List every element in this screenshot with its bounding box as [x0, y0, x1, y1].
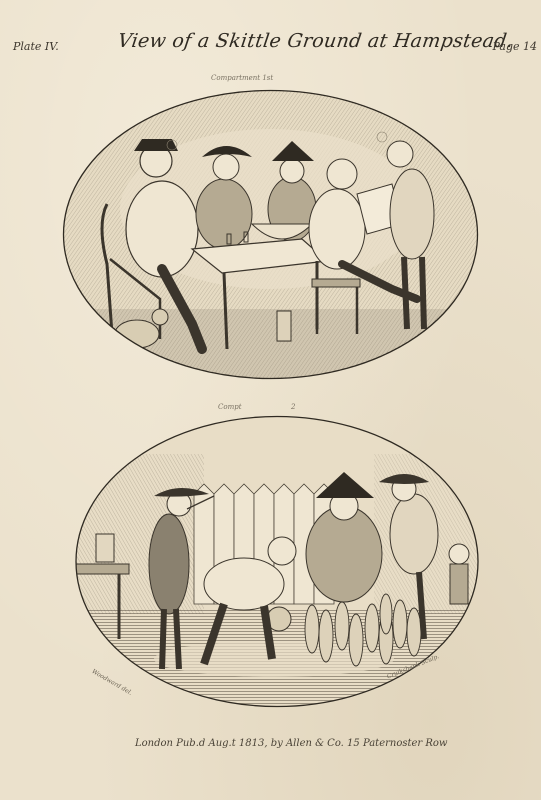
- compartment-2-label: Compt: [218, 403, 242, 411]
- compartment-1-label: Compartment 1st: [211, 74, 273, 82]
- plate-label: Plate IV.: [13, 40, 59, 53]
- page-number-label: Page 14: [492, 40, 537, 53]
- compartment-2-number: 2: [291, 403, 295, 411]
- page-title: View of a Skittle Ground at Hampstead.: [116, 30, 514, 52]
- publisher-imprint: London Pub.d Aug.t 1813, by Allen & Co. …: [135, 738, 448, 749]
- compartment-1-illustration: [62, 89, 479, 380]
